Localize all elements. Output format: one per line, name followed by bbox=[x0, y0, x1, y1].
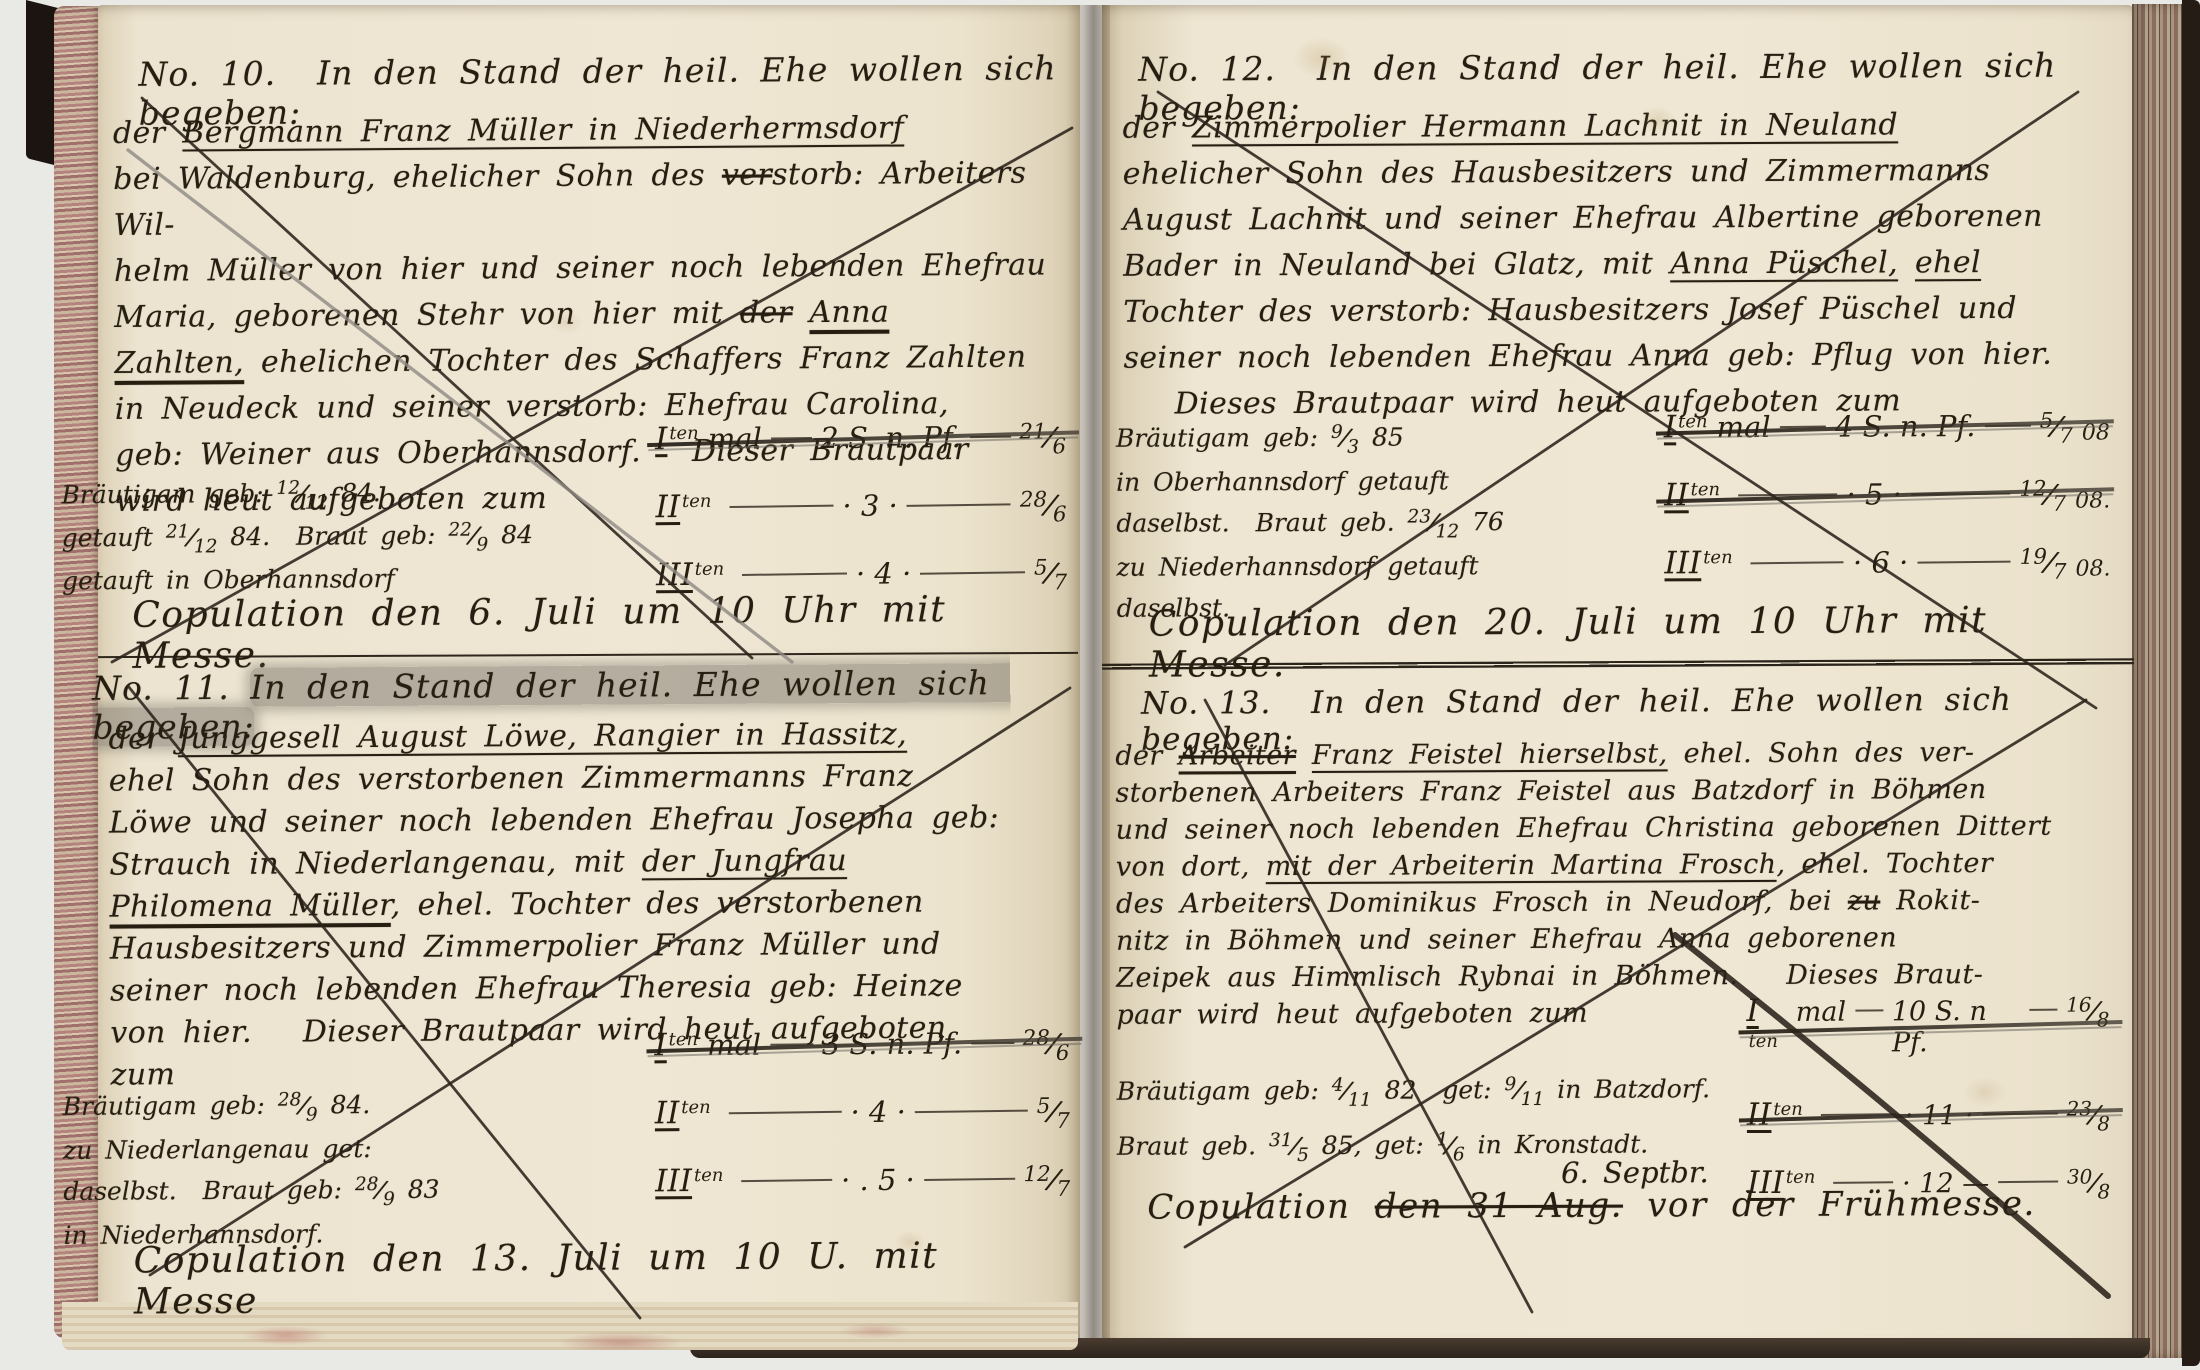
banns-row-1: Iten mal 3 S. n. Pf. 28/6 bbox=[654, 1025, 1078, 1064]
filler-line bbox=[729, 505, 833, 508]
filler-line bbox=[2029, 1009, 2057, 1011]
copulation-line: Copulation den 20. Juli um 10 Uhr mit Me… bbox=[1149, 600, 2099, 686]
filler-line bbox=[970, 436, 1011, 439]
banns-row-1: Iten mal 2 S. n. Pf. 21/6 bbox=[655, 418, 1075, 457]
entry-no-12: No. 12. In den Stand der heil. Ehe wolle… bbox=[0, 0, 2140, 5]
banns-row-2: IIten · 5 · 12/7 08. bbox=[1664, 475, 2110, 513]
banns-row-2: IIten · 11 · 23/8 bbox=[1747, 1095, 2119, 1133]
banns-date: 28/6 bbox=[1023, 1026, 1070, 1060]
register-book-scan: No. 10. In den Stand der heil. Ehe wolle… bbox=[0, 0, 2200, 1370]
banns-date: 5/7 bbox=[2040, 409, 2073, 443]
banns-date: 12/7 bbox=[1023, 1162, 1070, 1196]
filler-line bbox=[1738, 493, 1837, 496]
banns-date: 21/6 bbox=[1019, 419, 1066, 453]
copulation-line: Copulation den 13. Juli um 10 U. mit Mes… bbox=[134, 1235, 1034, 1322]
banns-ordinal: IIten bbox=[655, 489, 711, 525]
filler-line bbox=[771, 437, 812, 440]
book-cover-right bbox=[2182, 0, 2200, 1366]
filler-line bbox=[920, 571, 1025, 574]
filler-line bbox=[971, 1042, 1014, 1045]
banns-ordinal: IIIten bbox=[656, 557, 724, 593]
filler-line bbox=[924, 1178, 1015, 1181]
banns-date: 19/7 bbox=[2020, 545, 2067, 579]
entry-no-13: No. 13. In den Stand der heil. Ehe wolle… bbox=[0, 0, 2140, 5]
entry-body-text: der Zimmerpolier Hermann Lachnit in Neul… bbox=[1122, 101, 2133, 427]
banns-date: 5/7 bbox=[1034, 555, 1067, 589]
banns-ordinal: Iten bbox=[1746, 993, 1787, 1065]
entry-no-10: No. 10. In den Stand der heil. Ehe wolle… bbox=[0, 0, 1080, 4]
banns-date: 12/7 bbox=[2019, 477, 2066, 511]
filler-line bbox=[770, 1043, 813, 1046]
birth-baptism-notes: Bräutigam geb: 9/3 85 in Oberhannsdorf g… bbox=[1116, 416, 1637, 629]
filler-line bbox=[915, 1110, 1028, 1113]
banns-date: 16/8 bbox=[2066, 995, 2109, 1026]
banns-date: 5/7 bbox=[1037, 1094, 1070, 1128]
birth-baptism-notes: Bräutigam geb: 12/12 84. getauft 21/12 8… bbox=[61, 471, 622, 601]
entry-body-text: der Arbeiter Franz Feistel hierselbst, e… bbox=[1115, 733, 2141, 1033]
banns-row-1: Iten mal 4 S. n. Pf. 5/7 08 bbox=[1664, 407, 2110, 445]
filler-line bbox=[1983, 1112, 2058, 1115]
banns-ordinal: IIten bbox=[1664, 477, 1720, 513]
banns-row-3: IIIten · 6 · 19/7 08. bbox=[1664, 543, 2110, 581]
filler-line bbox=[1917, 561, 2010, 564]
banns-row-3: IIIten · 4 · 5/7 bbox=[656, 554, 1076, 593]
filler-line bbox=[907, 503, 1011, 506]
banns-row-2: IIten · 4 · 5/7 bbox=[655, 1093, 1079, 1132]
entry-no-11: No. 11. In den Stand der heil. Ehe wolle… bbox=[0, 0, 1080, 3]
banns-ordinal: Iten bbox=[654, 1027, 698, 1063]
filler-line bbox=[1821, 1113, 1896, 1116]
banns-row-2: IIten · 3 · 28/6 bbox=[655, 486, 1075, 525]
filler-line bbox=[729, 1111, 842, 1114]
banns-date: 23/8 bbox=[2067, 1099, 2110, 1130]
banns-ordinal: IIten bbox=[655, 1095, 711, 1131]
filler-line bbox=[1780, 426, 1826, 429]
banns-ordinal: IIIten bbox=[655, 1163, 723, 1199]
banns-table: Iten mal 4 S. n. Pf. 5/7 08 IIten · 5 · … bbox=[1664, 407, 2111, 613]
banns-ordinal: IIten bbox=[1747, 1097, 1803, 1133]
filler-line bbox=[1751, 561, 1844, 564]
birth-baptism-notes: Bräutigam geb: 28/9 84. zu Niederlangena… bbox=[63, 1083, 624, 1256]
filler-line bbox=[742, 573, 847, 576]
banns-row-3: IIIten · . 5 · 12/7 bbox=[655, 1161, 1079, 1200]
banns-ordinal: IIIten bbox=[1664, 545, 1732, 581]
banns-date: 28/6 bbox=[1020, 487, 1067, 521]
copulation-line: Copulation den 31 Aug. vor der Frühmesse… bbox=[1147, 1183, 2127, 1227]
banns-row-1: Iten mal 10 S. n Pf. 16/8 bbox=[1746, 991, 2118, 1065]
banns-table: Iten mal 3 S. n. Pf. 28/6 IIten · 4 · 5/… bbox=[654, 1025, 1079, 1232]
banns-ordinal: Iten bbox=[655, 421, 699, 457]
banns-ordinal: Iten bbox=[1664, 409, 1708, 445]
filler-line bbox=[1984, 425, 2030, 428]
filler-line bbox=[1855, 1009, 1883, 1011]
filler-line bbox=[741, 1179, 832, 1182]
filler-line bbox=[1911, 493, 2010, 496]
